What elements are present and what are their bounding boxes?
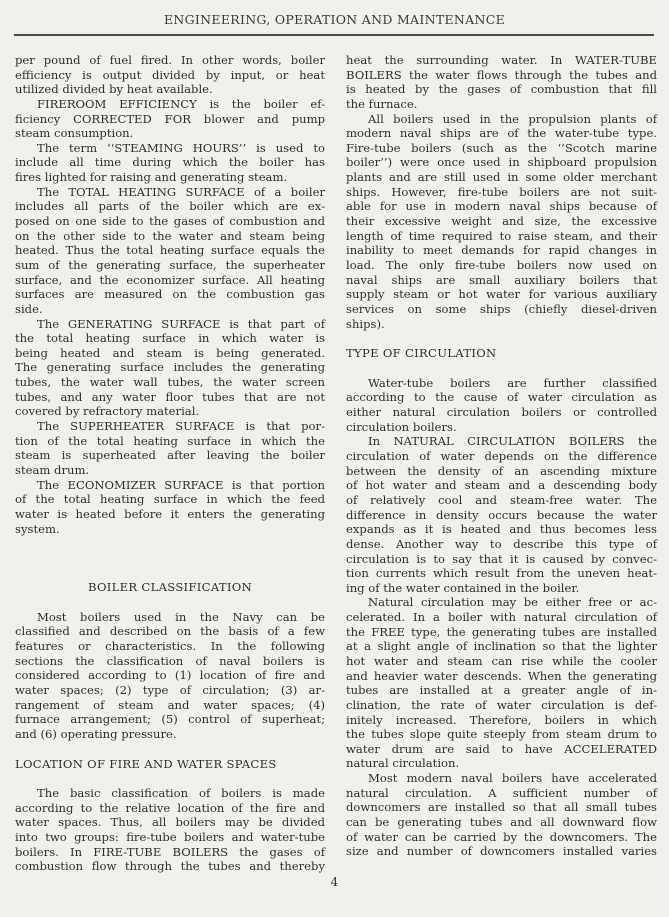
text-line: surface, and the economizer surface. All… [15,273,325,288]
text-line: water drum are said to have ACCELERATED [346,742,657,757]
text-line: heated. Thus the total heating surface e… [15,243,325,258]
text-line: tubes, and any water floor tubes that ar… [15,390,325,405]
text-line: efficiency is output divided by input, o… [15,68,325,83]
text-line: include all time during which the boiler… [15,155,325,170]
text-line: ing of the water contained in the boiler… [346,581,657,596]
text-line: services on some ships (chiefly diesel-d… [346,302,657,317]
text-line: heat the surrounding water. In WATER-TUB… [346,53,657,68]
text-line: the total heating surface in which water… [15,331,325,346]
text-line: rangement of steam and water spaces; (4) [15,698,325,713]
text-line: of the total heating surface in which th… [15,492,325,507]
text-line: The basic classification of boilers is m… [15,786,325,801]
text-line: downcomers are installed so that all sma… [346,800,657,815]
text-line: according to the cause of water circulat… [346,390,657,405]
text-line: water is heated before it enters the gen… [15,507,325,522]
spacer [15,595,325,610]
paragraph-water-tube-boilers: heat the surrounding water. In WATER-TUB… [346,53,657,112]
text-line: of water can be carried by the downcomer… [346,830,657,845]
text-line: plants and are still used in some older … [346,170,657,185]
text-line: either natural circulation boilers or co… [346,405,657,420]
text-line: natural circulation. [346,756,657,771]
text-line: and (6) operating pressure. [15,727,325,742]
text-line: of hot water and steam and a descending … [346,478,657,493]
left-column: per pound of fuel fired. In other words,… [15,53,325,874]
text-line: size and number of downcomers installed … [346,844,657,859]
text-line: Natural circulation may be either free o… [346,595,657,610]
spacer [346,331,657,346]
text-line: sections the classification of naval boi… [15,654,325,669]
spacer [346,361,657,376]
text-line: FIREROOM EFFICIENCY is the boiler ef- [15,97,325,112]
text-line: features or characteristics. In the foll… [15,639,325,654]
text-line: clination, the rate of water circulation… [346,698,657,713]
text-line: their excessive weight and size, the exc… [346,214,657,229]
text-line: is heated by the gases of combustion tha… [346,82,657,97]
text-line: modern naval ships are of the water-tube… [346,126,657,141]
text-line: inability to meet demands for rapid chan… [346,243,657,258]
text-line: steam is superheated after leaving the b… [15,448,325,463]
text-line: ships). [346,317,657,332]
text-line: supply steam or hot water for various au… [346,287,657,302]
text-line: boilers. In FIRE-TUBE BOILERS the gases … [15,845,325,860]
text-line: classified and described on the basis of… [15,624,325,639]
text-line: Most modern naval boilers have accelerat… [346,771,657,786]
text-line: BOILERS the water flows through the tube… [346,68,657,83]
text-line: initely increased. Therefore, boilers in… [346,713,657,728]
text-line: In NATURAL CIRCULATION BOILERS the [346,434,657,449]
paragraph-classification-intro: Most boilers used in the Navy can be cla… [15,610,325,742]
text-line: into two groups: fire-tube boilers and w… [15,830,325,845]
text-line: celerated. In a boiler with natural circ… [346,610,657,625]
text-line: according to the relative location of th… [15,801,325,816]
text-line: circulation of water depends on the diff… [346,449,657,464]
text-line: length of time required to raise steam, … [346,229,657,244]
text-line: sum of the generating surface, the super… [15,258,325,273]
paragraph-boiler-efficiency-end: per pound of fuel fired. In other words,… [15,53,325,97]
running-header: ENGINEERING, OPERATION AND MAINTENANCE [0,12,669,27]
text-line: natural circulation. A sufficient number… [346,786,657,801]
text-line: per pound of fuel fired. In other words,… [15,53,325,68]
paragraph-free-accelerated: Natural circulation may be either free o… [346,595,657,771]
text-line: dense. Another way to describe this type… [346,537,657,552]
text-line: hot water and steam can rise while the c… [346,654,657,669]
text-line: fires lighted for raising and generating… [15,170,325,185]
paragraph-total-heating-surface: The TOTAL HEATING SURFACE of a boiler in… [15,185,325,317]
text-line: furnace arrangement; (5) control of supe… [15,712,325,727]
text-line: and heavier water descends. When the gen… [346,669,657,684]
text-line: combustion flow through the tubes and th… [15,859,325,874]
page-number: 4 [0,875,669,889]
text-line: considered according to (1) location of … [15,668,325,683]
paragraph-economizer-surface: The ECONOMIZER SURFACE is that portion o… [15,478,325,537]
text-line: at a slight angle of inclination so that… [346,639,657,654]
text-line: covered by refractory material. [15,404,325,419]
spacer [15,742,325,757]
paragraph-basic-classification: The basic classification of boilers is m… [15,786,325,874]
right-column: heat the surrounding water. In WATER-TUB… [346,53,657,859]
text-line: steam consumption. [15,126,325,141]
text-line: expands as it is heated and thus becomes… [346,522,657,537]
text-line: Most boilers used in the Navy can be [15,610,325,625]
text-line: The ECONOMIZER SURFACE is that portion [15,478,325,493]
text-line: load. The only fire-tube boilers now use… [346,258,657,273]
text-line: tion currents which result from the unev… [346,566,657,581]
text-line: The GENERATING SURFACE is that part of [15,317,325,332]
text-line: ficiency CORRECTED FOR blower and pump [15,112,325,127]
text-line: The term ‘‘STEAMING HOURS’’ is used to [15,141,325,156]
paragraph-steaming-hours: The term ‘‘STEAMING HOURS’’ is used to i… [15,141,325,185]
text-line: surfaces are measured on the combustion … [15,287,325,302]
section-heading-location: LOCATION OF FIRE AND WATER SPACES [15,757,325,772]
text-line: includes all parts of the boiler which a… [15,199,325,214]
text-line: posed on one side to the gases of combus… [15,214,325,229]
paragraph-natural-circulation: In NATURAL CIRCULATION BOILERS the circu… [346,434,657,595]
text-line: Water-tube boilers are further classifie… [346,376,657,391]
paragraph-propulsion-boilers: All boilers used in the propulsion plant… [346,112,657,332]
text-line: The generating surface includes the gene… [15,360,325,375]
text-line: All boilers used in the propulsion plant… [346,112,657,127]
text-line: between the density of an ascending mixt… [346,464,657,479]
text-line: Fire-tube boilers (such as the ‘‘Scotch … [346,141,657,156]
text-line: of relatively cool and steam-free water.… [346,493,657,508]
paragraph-fireroom-efficiency: FIREROOM EFFICIENCY is the boiler ef- fi… [15,97,325,141]
text-line: can be generating tubes and all downward… [346,815,657,830]
text-line: steam drum. [15,463,325,478]
paragraph-circulation-intro: Water-tube boilers are further classifie… [346,376,657,435]
text-line: The TOTAL HEATING SURFACE of a boiler [15,185,325,200]
text-line: the furnace. [346,97,657,112]
text-line: utilized divided by heat available. [15,82,325,97]
spacer [15,536,325,580]
text-line: the FREE type, the generating tubes are … [346,625,657,640]
header-rule [14,34,654,36]
spacer [15,771,325,786]
text-line: water spaces. Thus, all boilers may be d… [15,815,325,830]
text-line: tubes are installed at a greater angle o… [346,683,657,698]
text-line: being heated and steam is being generate… [15,346,325,361]
text-line: difference in density occurs because the… [346,508,657,523]
section-heading-boiler-classification: BOILER CLASSIFICATION [15,580,325,595]
text-line: boiler’’) were once used in shipboard pr… [346,155,657,170]
text-line: side. [15,302,325,317]
text-line: The SUPERHEATER SURFACE is that por- [15,419,325,434]
paragraph-generating-surface: The GENERATING SURFACE is that part of t… [15,317,325,419]
text-line: circulation boilers. [346,420,657,435]
text-line: ships. However, fire-tube boilers are no… [346,185,657,200]
text-line: on the other side to the water and steam… [15,229,325,244]
text-line: system. [15,522,325,537]
text-line: naval ships are small auxiliary boilers … [346,273,657,288]
text-line: able for use in modern naval ships becau… [346,199,657,214]
text-line: the tubes slope quite steeply from steam… [346,727,657,742]
text-line: tubes, the water wall tubes, the water s… [15,375,325,390]
text-line: tion of the total heating surface in whi… [15,434,325,449]
text-line: circulation is to say that it is caused … [346,552,657,567]
paragraph-superheater-surface: The SUPERHEATER SURFACE is that por- tio… [15,419,325,478]
section-heading-circulation: TYPE OF CIRCULATION [346,346,657,361]
paragraph-downcomers: Most modern naval boilers have accelerat… [346,771,657,859]
text-line: water spaces; (2) type of circulation; (… [15,683,325,698]
